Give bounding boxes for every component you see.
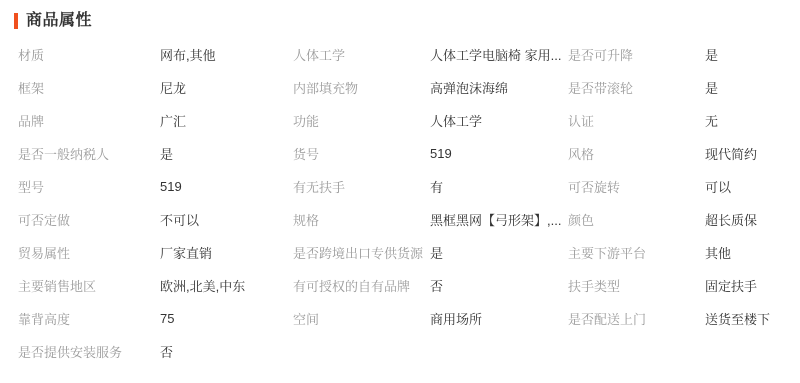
attribute-label: 有可授权的自有品牌: [293, 276, 430, 295]
attribute-label: 有无扶手: [293, 177, 430, 196]
attribute-label: 框架: [18, 78, 160, 97]
attribute-value: 75: [160, 311, 174, 326]
attribute-value: 是: [430, 243, 443, 262]
attribute-value: 是: [705, 45, 718, 64]
attribute-value: 厂家直销: [160, 243, 212, 262]
attribute-row: 扶手类型 固定扶手: [568, 269, 800, 302]
attribute-row: 是否可升降 是: [568, 38, 800, 71]
attribute-value: 人体工学: [430, 111, 482, 130]
attribute-value: 超长质保: [705, 210, 757, 229]
attribute-value: 固定扶手: [705, 276, 757, 295]
attribute-label: 人体工学: [293, 45, 430, 64]
attribute-row: 颜色 超长质保: [568, 203, 800, 236]
attribute-label: 材质: [18, 45, 160, 64]
attribute-row: 功能 人体工学: [293, 104, 568, 137]
attribute-label: 是否带滚轮: [568, 78, 705, 97]
attribute-row: 靠背高度 75: [18, 302, 293, 335]
attribute-value: 519: [430, 146, 452, 161]
attribute-label: 货号: [293, 144, 430, 163]
attribute-label: 认证: [568, 111, 705, 130]
section-accent-bar-icon: [14, 13, 18, 29]
attribute-label: 功能: [293, 111, 430, 130]
section-title: 商品属性: [26, 13, 92, 29]
attribute-value: 广汇: [160, 111, 186, 130]
attribute-row: 框架 尼龙: [18, 71, 293, 104]
attribute-value: 519: [160, 179, 182, 194]
attribute-row: 规格 黑框黑网【弓形架】,...: [293, 203, 568, 236]
attribute-value: 可以: [705, 177, 731, 196]
attributes-table: 材质 网布,其他 框架 尼龙 品牌 广汇 是否一般纳税人 是 型号 519 可否…: [0, 38, 800, 368]
attribute-value: 高弹泡沫海绵: [430, 78, 508, 97]
attribute-value: 黑框黑网【弓形架】,...: [430, 210, 561, 229]
attribute-row: 是否一般纳税人 是: [18, 137, 293, 170]
attribute-row: 人体工学 人体工学电脑椅 家用...: [293, 38, 568, 71]
attribute-row: 材质 网布,其他: [18, 38, 293, 71]
attribute-value: 不可以: [160, 210, 199, 229]
attribute-label: 是否一般纳税人: [18, 144, 160, 163]
attribute-value: 其他: [705, 243, 731, 262]
attribute-row: 有可授权的自有品牌 否: [293, 269, 568, 302]
attribute-row: 货号 519: [293, 137, 568, 170]
attribute-row: 风格 现代简约: [568, 137, 800, 170]
attributes-column-2: 人体工学 人体工学电脑椅 家用... 内部填充物 高弹泡沫海绵 功能 人体工学 …: [293, 38, 568, 368]
attributes-column-3: 是否可升降 是 是否带滚轮 是 认证 无 风格 现代简约 可否旋转 可以 颜色 …: [568, 38, 800, 368]
attribute-row: 主要销售地区 欧洲,北美,中东: [18, 269, 293, 302]
attribute-label: 是否配送上门: [568, 309, 705, 328]
attribute-row: 内部填充物 高弹泡沫海绵: [293, 71, 568, 104]
attribute-label: 可否定做: [18, 210, 160, 229]
attribute-value: 网布,其他: [160, 45, 216, 64]
attribute-label: 可否旋转: [568, 177, 705, 196]
attribute-value: 欧洲,北美,中东: [160, 276, 245, 295]
attribute-value: 否: [160, 342, 173, 361]
attribute-label: 是否提供安装服务: [18, 342, 160, 361]
attribute-label: 型号: [18, 177, 160, 196]
attribute-value: 现代简约: [705, 144, 757, 163]
attribute-label: 主要下游平台: [568, 243, 705, 262]
attribute-row: 主要下游平台 其他: [568, 236, 800, 269]
attribute-value: 是: [160, 144, 173, 163]
attribute-row: 是否配送上门 送货至楼下: [568, 302, 800, 335]
product-attributes-panel: 商品属性 材质 网布,其他 框架 尼龙 品牌 广汇 是否一般纳税人 是 型号 5…: [0, 0, 800, 383]
attribute-value: 送货至楼下: [705, 309, 770, 328]
attribute-label: 内部填充物: [293, 78, 430, 97]
attribute-label: 是否跨境出口专供货源: [293, 243, 430, 262]
attribute-row: 是否提供安装服务 否: [18, 335, 293, 368]
attribute-label: 扶手类型: [568, 276, 705, 295]
section-header: 商品属性: [0, 0, 800, 30]
attribute-label: 颜色: [568, 210, 705, 229]
attribute-row: 品牌 广汇: [18, 104, 293, 137]
attribute-row: 贸易属性 厂家直销: [18, 236, 293, 269]
attribute-label: 靠背高度: [18, 309, 160, 328]
attribute-label: 贸易属性: [18, 243, 160, 262]
attribute-value: 尼龙: [160, 78, 186, 97]
attribute-label: 是否可升降: [568, 45, 705, 64]
attribute-value: 是: [705, 78, 718, 97]
attribute-row: 空间 商用场所: [293, 302, 568, 335]
attribute-row: 认证 无: [568, 104, 800, 137]
attribute-row: 可否旋转 可以: [568, 170, 800, 203]
attribute-label: 空间: [293, 309, 430, 328]
attribute-row: 可否定做 不可以: [18, 203, 293, 236]
attribute-value: 商用场所: [430, 309, 482, 328]
attribute-row: 是否跨境出口专供货源 是: [293, 236, 568, 269]
attribute-value: 人体工学电脑椅 家用...: [430, 45, 561, 64]
attribute-value: 无: [705, 111, 718, 130]
attribute-label: 品牌: [18, 111, 160, 130]
attribute-label: 规格: [293, 210, 430, 229]
attribute-label: 主要销售地区: [18, 276, 160, 295]
attribute-value: 否: [430, 276, 443, 295]
attribute-row: 是否带滚轮 是: [568, 71, 800, 104]
attribute-row: 有无扶手 有: [293, 170, 568, 203]
attribute-label: 风格: [568, 144, 705, 163]
attribute-row: 型号 519: [18, 170, 293, 203]
attribute-value: 有: [430, 177, 443, 196]
attributes-column-1: 材质 网布,其他 框架 尼龙 品牌 广汇 是否一般纳税人 是 型号 519 可否…: [18, 38, 293, 368]
